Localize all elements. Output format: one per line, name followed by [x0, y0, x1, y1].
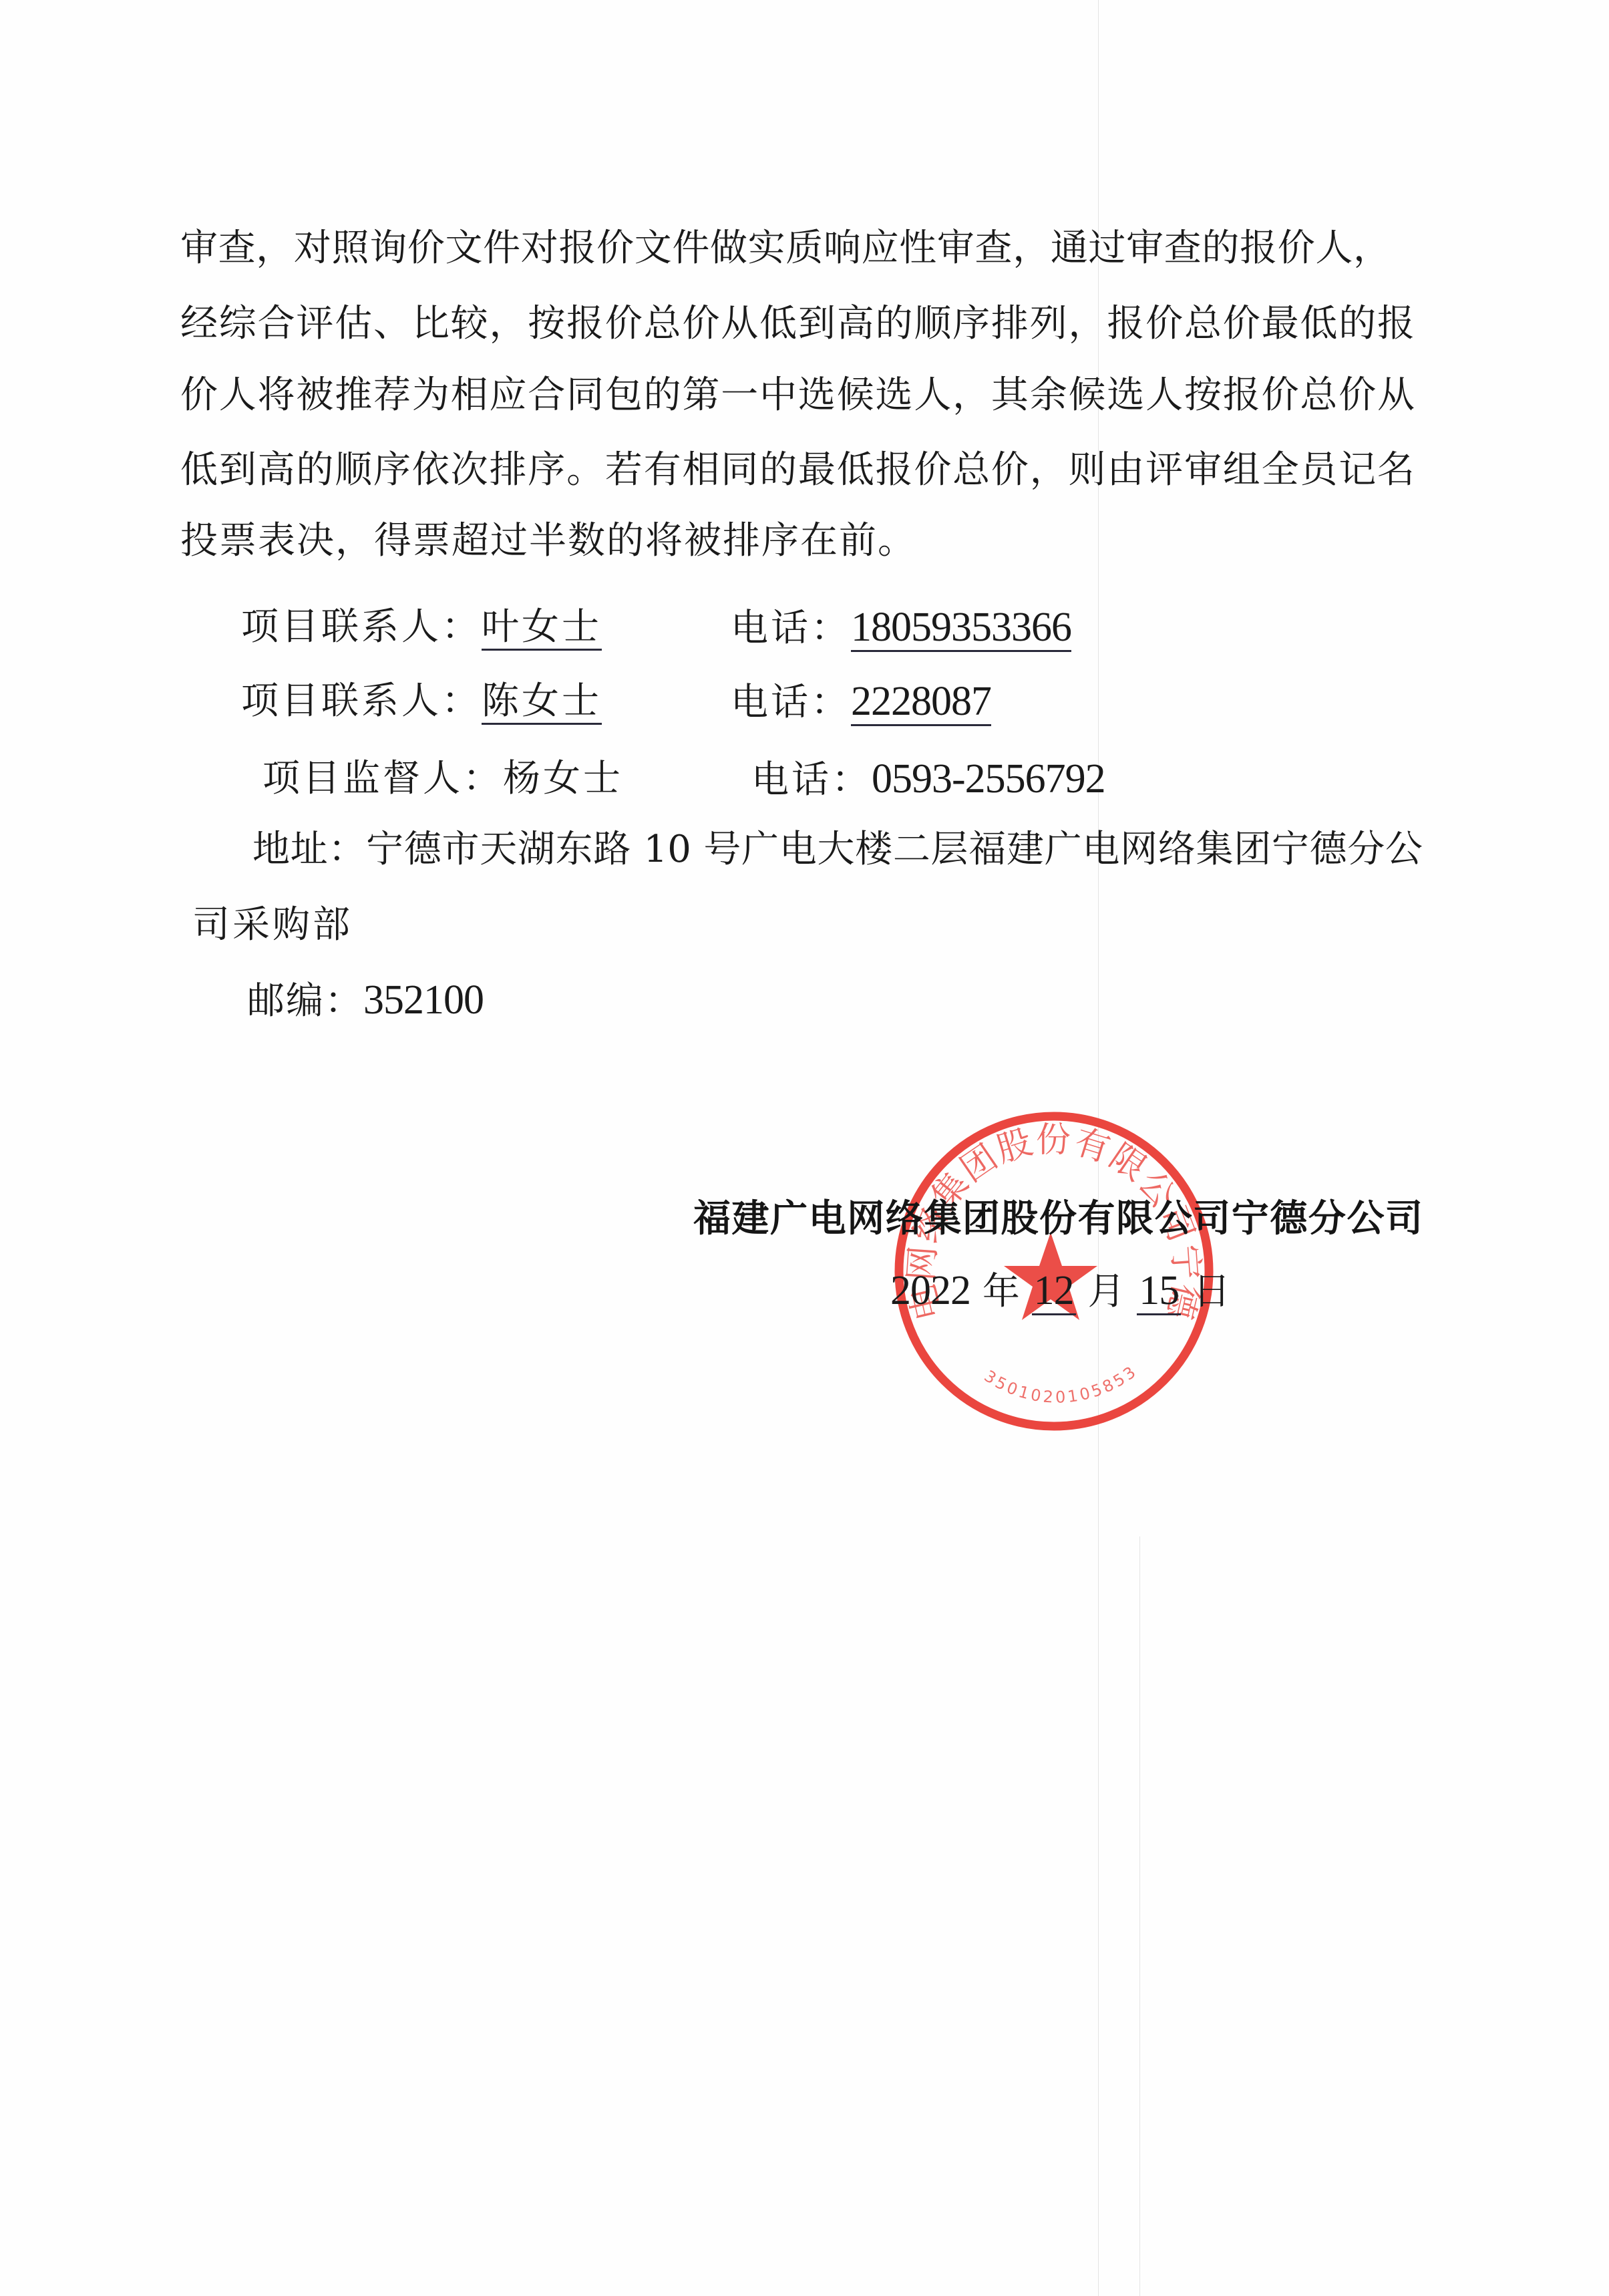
address-line-1: 地址：宁德市天湖东路 10 号广电大楼二层福建广电网络集团宁德分公 — [252, 828, 1423, 871]
signature-date: 2022 年 12 月 15 日 — [890, 1269, 1230, 1312]
phone-label: 电话： — [751, 758, 872, 802]
date-year-unit: 年 — [982, 1270, 1020, 1313]
supervisor-phone-row: 电话：0593-2556792 — [751, 758, 1105, 800]
contact-name: 叶女士 — [482, 605, 602, 651]
body-line-3: 价人将被推荐为相应合同包的第一中选候选人，其余候选人按报价总价从 — [180, 374, 1415, 417]
contact-row-1: 项目联系人：叶女士 — [241, 606, 602, 649]
contact-name: 陈女士 — [482, 679, 602, 725]
date-day: 15 — [1137, 1268, 1181, 1315]
phone-number: 2228087 — [851, 679, 991, 726]
postcode-label: 邮编： — [247, 979, 363, 1023]
contact-phone-row-1: 电话：18059353366 — [731, 606, 1071, 649]
date-day-unit: 日 — [1193, 1270, 1230, 1313]
date-year: 2022 — [890, 1268, 970, 1313]
address-line-2: 司采购部 — [192, 904, 353, 947]
date-month-unit: 月 — [1087, 1270, 1125, 1313]
scan-artifact-line — [1139, 1536, 1140, 2296]
signature-company: 福建广电网络集团股份有限公司宁德分公司 — [693, 1198, 1423, 1241]
phone-number: 0593-2556792 — [872, 756, 1105, 802]
body-line-4: 低到高的顺序依次排序。若有相同的最低报价总价，则由评审组全员记名 — [180, 449, 1415, 492]
postcode-row: 邮编：352100 — [247, 979, 484, 1021]
date-month: 12 — [1032, 1268, 1076, 1315]
body-line-5: 投票表决，得票超过半数的将被排序在前。 — [180, 520, 916, 562]
address-label: 地址： — [252, 828, 366, 871]
phone-label: 电话： — [731, 607, 851, 650]
supervisor-label: 项目监督人： — [262, 757, 503, 800]
postcode-value: 352100 — [363, 977, 484, 1023]
phone-label: 电话： — [731, 681, 851, 724]
body-line-2: 经综合评估、比较，按报价总价从低到高的顺序排列，报价总价最低的报 — [180, 303, 1415, 345]
svg-text:3501020105853: 3501020105853 — [981, 1361, 1141, 1407]
contact-label: 项目联系人： — [241, 605, 482, 649]
phone-number: 18059353366 — [851, 605, 1071, 652]
address-value: 宁德市天湖东路 10 号广电大楼二层福建广电网络集团宁德分公 — [366, 828, 1423, 871]
supervisor-name: 杨女士 — [503, 757, 623, 800]
document-page: 审查，对照询价文件对报价文件做实质响应性审查，通过审查的报价人， 经综合评估、比… — [0, 0, 1609, 2296]
supervisor-row: 项目监督人：杨女士 — [262, 758, 623, 800]
contact-label: 项目联系人： — [241, 679, 482, 723]
contact-phone-row-2: 电话：2228087 — [731, 680, 991, 723]
body-line-1: 审查，对照询价文件对报价文件做实质响应性审查，通过审查的报价人， — [180, 227, 1391, 270]
contact-row-2: 项目联系人：陈女士 — [241, 680, 602, 723]
